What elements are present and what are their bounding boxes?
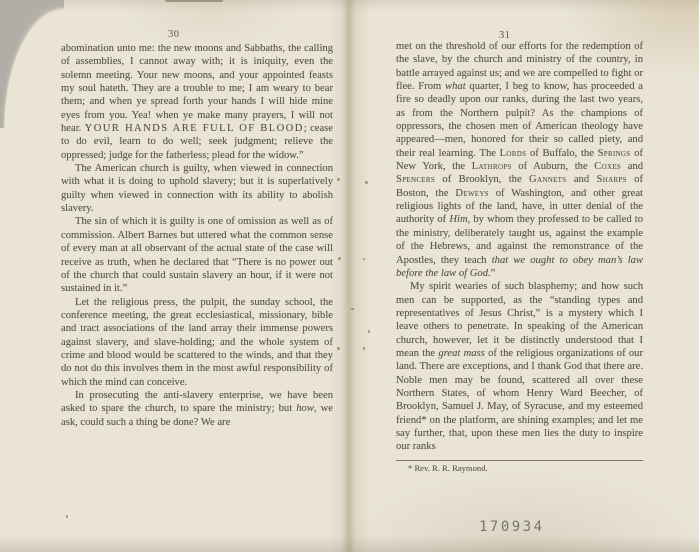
left-page: 30 abomination unto me: the new moons an… [0,0,348,552]
text-run: Lords [500,148,527,159]
text-run: of Auburn, the [512,161,595,172]
foxing-speck [368,330,370,333]
foxing-speck [337,347,340,350]
foxing-speck [365,181,368,184]
text-run: Gannets [529,174,566,185]
paragraph: The American church is guilty, when view… [61,162,333,215]
foxing-speck [337,178,340,181]
text-run: Let the religious press, the pulpit, the… [61,297,333,388]
text-run: Him [449,214,467,225]
text-run: great mass [438,348,484,359]
foxing-speck [66,515,68,518]
text-run: abomination unto me: the new moons and S… [61,43,333,134]
paragraph: The sin of which it is guilty is one of … [61,215,333,295]
foxing-speck [351,308,354,310]
paragraph: met on the threshold of our efforts for … [396,40,643,280]
text-run: In prosecuting the anti-slavery enterpri… [61,390,333,414]
paragraph: In prosecuting the anti-slavery enterpri… [61,389,333,429]
footnote: * Rev. R. R. Raymond. [396,463,643,473]
text-run: Coxes [594,161,621,172]
foxing-speck [363,347,365,350]
text-run: Deweys [455,188,489,199]
left-page-text: abomination unto me: the new moons and S… [61,42,333,429]
right-page-text: met on the threshold of our efforts for … [396,40,643,473]
book-scan: 30 abomination unto me: the new moons an… [0,0,699,552]
text-run: of Buffalo, the [526,148,597,159]
text-run: what [445,81,466,92]
text-run: Springs [598,148,631,159]
paragraph: abomination unto me: the new moons and S… [61,42,333,162]
paragraph: Let the religious press, the pulpit, the… [61,296,333,389]
foxing-speck [338,257,341,260]
text-run: how [296,403,314,414]
text-run: and [621,161,643,172]
text-run: of the religious organizations of our la… [396,348,643,452]
text-run: YOUR HANDS ARE FULL OF BLOOD [85,123,304,134]
text-run: of Brooklyn, the [435,174,529,185]
page-number-left: 30 [168,29,180,40]
text-run: The sin of which it is guilty is one of … [61,216,333,294]
text-run: Sharps [597,174,627,185]
text-run: Lathrops [472,161,512,172]
text-run: ” [491,268,496,279]
text-run: The American church is guilty, when view… [61,163,333,214]
footnote-rule [396,460,643,461]
right-page: 31 met on the threshold of our efforts f… [348,0,699,552]
accession-number-stamp: 170934 [479,519,545,535]
foxing-speck [363,258,365,260]
paragraph: My spirit wearies of such blasphemy; and… [396,280,643,453]
text-run: and [566,174,596,185]
text-run: Spencers [396,174,435,185]
